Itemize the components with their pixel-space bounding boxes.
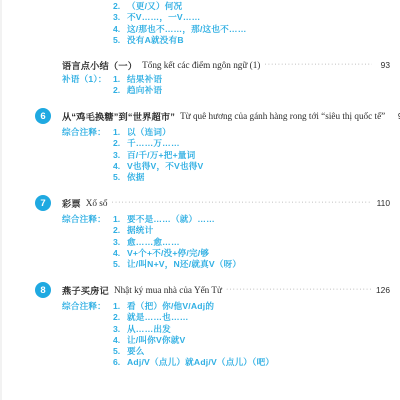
list-item: 5. 让/叫N+V，N还/就真V（呀） [0, 259, 400, 270]
item-number: 2. [113, 138, 127, 149]
list-item: 综合注释： 1. 以（连词） [0, 127, 400, 138]
item-number: 4. [113, 248, 127, 259]
item-text: 不V……，一V…… [127, 12, 200, 23]
list-item: 3. 愈……愈…… [0, 237, 400, 248]
item-text: 要么 [127, 346, 145, 357]
item-text: 让/叫N+V，N还/就真V（呀） [127, 259, 241, 270]
lesson-notes: 综合注释： 1. 要不是……（就）…… 2. 据统计 3. 愈……愈…… 4. … [0, 214, 400, 270]
summary-title-vi: Tổng kết các điểm ngôn ngữ (1) [142, 60, 260, 70]
item-number: 1. [113, 301, 127, 312]
lesson-title-vi: Từ quê hương của gánh hàng rong tới “siê… [180, 111, 385, 121]
item-number: 3. [113, 237, 127, 248]
item-number: 4. [113, 335, 127, 346]
item-text: 百/千/万+把+量词 [127, 150, 195, 161]
item-number: 6. [113, 357, 127, 368]
item-number: 5. [113, 172, 127, 183]
item-text: 依据 [127, 172, 145, 183]
lesson-number-badge: 7 [35, 195, 51, 211]
list-item: 4. 这/那也不……，那/这也不…… [0, 24, 400, 35]
item-text: 愈……愈…… [127, 237, 180, 248]
item-text: V+个+不/没+停/完/够 [127, 248, 209, 259]
item-text: 没有A就没有B [127, 35, 184, 46]
list-item: 2. 就是……也…… [0, 312, 400, 323]
item-number: 3. [113, 150, 127, 161]
item-number: 2. [113, 225, 127, 236]
page-number: 93 [376, 60, 390, 70]
dot-leader [264, 61, 372, 68]
lesson-number-badge: 6 [35, 108, 51, 124]
lesson-title-zh: 从“鸡毛换糖”到“世界超市” [62, 109, 175, 123]
list-item: 2. 趋向补语 [0, 85, 400, 96]
item-number: 4. [113, 161, 127, 172]
summary-entry: 语言点小结（一） Tổng kết các điểm ngôn ngữ (1) … [0, 58, 400, 72]
item-text: 以（连词） [127, 127, 171, 138]
item-text: 让/叫你V你就V [127, 335, 185, 346]
lesson-title-zh: 彩票 [62, 196, 81, 210]
page-number: 94 [393, 111, 400, 121]
list-item: 4. V也得V，不V也得V [0, 161, 400, 172]
dot-leader [111, 199, 372, 206]
list-item: 3. 百/千/万+把+量词 [0, 150, 400, 161]
item-number: 5. [113, 259, 127, 270]
item-number: 1. [113, 74, 127, 85]
lesson-header: 6 从“鸡毛换糖”到“世界超市” Từ quê hương của gánh h… [0, 108, 400, 124]
item-text: 这/那也不……，那/这也不…… [127, 24, 247, 35]
item-text: V也得V，不V也得V [127, 161, 204, 172]
list-item: 3. 从……出发 [0, 324, 400, 335]
list-item: 3. 不V……，一V…… [0, 12, 400, 23]
item-text: （更/又）何况 [127, 1, 182, 12]
toc-page: 2. （更/又）何况 3. 不V……，一V…… 4. 这/那也不……，那/这也不… [0, 0, 400, 400]
item-text: 从……出发 [127, 324, 171, 335]
block-label: 补语（1）： [62, 74, 113, 85]
lesson-header: 7 彩票 Xổ số 110 [0, 195, 400, 211]
notes-label: 综合注释： [62, 301, 113, 312]
item-text: 趋向补语 [127, 85, 162, 96]
item-number: 4. [113, 24, 127, 35]
lesson-header: 8 燕子买房记 Nhật ký mua nhà của Yến Tử 126 [0, 282, 400, 298]
list-item: 综合注释： 1. 看（把）你/他V/Adj的 [0, 301, 400, 312]
item-text: 千……万…… [127, 138, 180, 149]
list-item: 5. 没有A就没有B [0, 35, 400, 46]
grammar-items-continued: 2. （更/又）何况 3. 不V……，一V…… 4. 这/那也不……，那/这也不… [0, 1, 400, 46]
list-item: 5. 要么 [0, 346, 400, 357]
list-item: 4. V+个+不/没+停/完/够 [0, 248, 400, 259]
page-number: 126 [376, 285, 390, 295]
item-number: 5. [113, 35, 127, 46]
list-item: 2. 据统计 [0, 225, 400, 236]
item-number: 1. [113, 127, 127, 138]
lesson-6-entry: 6 从“鸡毛换糖”到“世界超市” Từ quê hương của gánh h… [0, 108, 400, 183]
list-item: 5. 依据 [0, 172, 400, 183]
list-item: 4. 让/叫你V你就V [0, 335, 400, 346]
item-text: Adj/V（点儿）就Adj/V（点儿）（吧） [127, 357, 274, 368]
list-item: 综合注释： 1. 要不是……（就）…… [0, 214, 400, 225]
item-text: 要不是……（就）…… [127, 214, 215, 225]
lesson-title-vi: Xổ số [86, 198, 108, 208]
item-text: 就是……也…… [127, 312, 189, 323]
item-number: 2. [113, 1, 127, 12]
page-number: 110 [376, 198, 390, 208]
item-number: 2. [113, 85, 127, 96]
notes-label: 综合注释： [62, 214, 113, 225]
item-number: 3. [113, 324, 127, 335]
notes-label: 综合注释： [62, 127, 113, 138]
list-item: 2. （更/又）何况 [0, 1, 400, 12]
item-text: 据统计 [127, 225, 153, 236]
item-text: 结果补语 [127, 74, 162, 85]
item-number: 2. [113, 312, 127, 323]
item-number: 3. [113, 12, 127, 23]
summary-title-zh: 语言点小结（一） [62, 58, 137, 72]
list-item: 6. Adj/V（点儿）就Adj/V（点儿）（吧） [0, 357, 400, 368]
lesson-8-entry: 8 燕子买房记 Nhật ký mua nhà của Yến Tử 126 综… [0, 282, 400, 369]
lesson-title-zh: 燕子买房记 [62, 283, 109, 297]
list-item: 2. 千……万…… [0, 138, 400, 149]
dot-leader [226, 286, 372, 293]
lesson-notes: 综合注释： 1. 以（连词） 2. 千……万…… 3. 百/千/万+把+量词 4… [0, 127, 400, 183]
item-number: 1. [113, 214, 127, 225]
item-text: 看（把）你/他V/Adj的 [127, 301, 214, 312]
lesson-number-badge: 8 [35, 282, 51, 298]
lesson-title-vi: Nhật ký mua nhà của Yến Tử [114, 285, 222, 295]
complement-block: 补语（1）： 1. 结果补语 2. 趋向补语 [0, 74, 400, 97]
lesson-7-entry: 7 彩票 Xổ số 110 综合注释： 1. 要不是……（就）…… 2. 据统… [0, 195, 400, 270]
list-item: 补语（1）： 1. 结果补语 [0, 74, 400, 85]
lesson-notes: 综合注释： 1. 看（把）你/他V/Adj的 2. 就是……也…… 3. 从……… [0, 301, 400, 369]
item-number: 5. [113, 346, 127, 357]
